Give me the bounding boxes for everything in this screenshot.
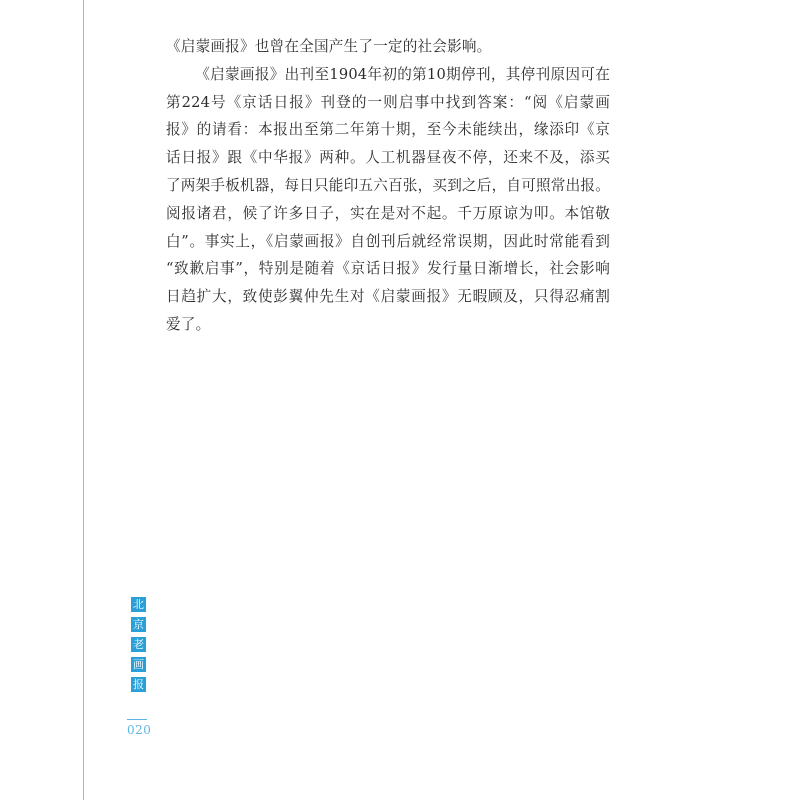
text-line: 《启蒙画报》出刊至1904年初的第10期停刊，其停刊原因可在 [166, 61, 610, 89]
series-title-char: 老 [131, 637, 146, 652]
body-text: 《启蒙画报》也曾在全国产生了一定的社会影响。 《启蒙画报》出刊至1904年初的第… [166, 33, 610, 339]
text-line: 阅报诸君，候了许多日子，实在是对不起。千万原谅为叩。本馆敬 [166, 200, 610, 228]
text-line: 爱了。 [166, 311, 610, 339]
paragraph-1: 《启蒙画报》也曾在全国产生了一定的社会影响。 [166, 33, 610, 61]
series-title-char: 画 [131, 657, 146, 672]
series-title-vertical: 北 京 老 画 报 [131, 597, 146, 697]
text-line: 第224号《京话日报》刊登的一则启事中找到答案：“阅《启蒙画 [166, 89, 610, 117]
series-title-char: 京 [131, 617, 146, 632]
text-line: 白”。事实上，《启蒙画报》自创刊后就经常误期，因此时常能看到 [166, 228, 610, 256]
paragraph-2: 《启蒙画报》出刊至1904年初的第10期停刊，其停刊原因可在 第224号《京话日… [166, 61, 610, 339]
page-number: 020 [127, 723, 151, 737]
text-line: 《启蒙画报》也曾在全国产生了一定的社会影响。 [166, 33, 610, 61]
text-line: “致歉启事”，特别是随着《京话日报》发行量日渐增长，社会影响 [166, 255, 610, 283]
text-line: 话日报》跟《中华报》两种。人工机器昼夜不停，还来不及，添买 [166, 144, 610, 172]
text-line: 报》的请看：本报出至第二年第十期，至今未能续出，缘添印《京 [166, 116, 610, 144]
text-line: 了两架手板机器，每日只能印五六百张，买到之后，自可照常出报。 [166, 172, 610, 200]
series-title-char: 报 [131, 677, 146, 692]
series-title-char: 北 [131, 597, 146, 612]
text-line: 日趋扩大，致使彭翼仲先生对《启蒙画报》无暇顾及，只得忍痛割 [166, 283, 610, 311]
page-number-rule [127, 719, 147, 720]
page-gutter-rule [83, 0, 84, 800]
